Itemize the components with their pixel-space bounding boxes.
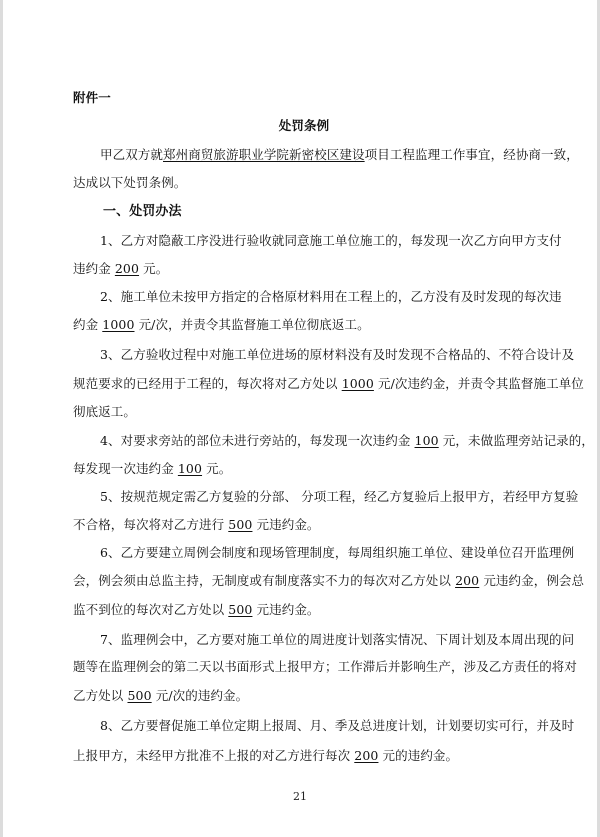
- page-number: 21: [0, 790, 600, 803]
- intro-line-1: 甲乙双方就郑州商贸旅游职业学院新密校区建设项目工程监理工作事宜，经协商一致，: [100, 147, 579, 163]
- clause-8-line-1: 8、乙方要督促施工单位定期上报周、月、季及总进度计划，计划要切实可行，并及时: [100, 718, 574, 734]
- attachment-label: 附件一: [73, 90, 111, 106]
- penalty-amount: 1000: [342, 376, 374, 391]
- penalty-amount: 100: [415, 433, 439, 448]
- penalty-amount: 500: [228, 602, 252, 617]
- section-heading: 一、处罚办法: [103, 204, 182, 220]
- penalty-amount: 500: [127, 688, 151, 703]
- penalty-amount: 200: [354, 748, 378, 763]
- page-edge-left: [0, 0, 3, 837]
- clause-1-line-1: 1、乙方对隐蔽工序没进行验收就同意施工单位施工的，每发现一次乙方向甲方支付: [100, 233, 562, 249]
- penalty-amount: 100: [178, 461, 202, 476]
- penalty-amount: 200: [455, 573, 479, 588]
- clause-5-line-1: 5、按规范规定需乙方复验的分部、 分项工程，经乙方复验后上报甲方，若经甲方复验: [100, 489, 578, 505]
- clause-3-line-2: 规范要求的已经用于工程的，每次将对乙方处以 1000 元/次违约金，并责令其监督…: [73, 376, 584, 392]
- penalty-amount: 1000: [102, 317, 134, 332]
- clause-6-line-1: 6、乙方要建立周例会制度和现场管理制度，每周组织施工单位、建设单位召开监理例: [100, 545, 574, 561]
- clause-4-line-2: 每发现一次违约金 100 元。: [73, 461, 231, 477]
- clause-2-line-2: 约金 1000 元/次，并责令其监督施工单位彻底返工。: [73, 317, 370, 333]
- clause-7-line-2: 题等在监理例会的第二天以书面形式上报甲方；工作滞后并影响生产，涉及乙方责任的将对: [73, 659, 577, 675]
- penalty-amount: 200: [115, 261, 139, 276]
- project-name: 郑州商贸旅游职业学院新密校区建设: [163, 147, 365, 162]
- clause-5-line-2: 不合格，每次将对乙方进行 500 元违约金。: [73, 517, 320, 533]
- document-title: 处罚条例: [73, 118, 535, 134]
- clause-2-line-1: 2、施工单位未按甲方指定的合格原材料用在工程上的，乙方没有及时发现的每次违: [100, 289, 562, 305]
- clause-6-line-2: 会，例会须由总监主持，无制度或有制度落实不力的每次对乙方处以 200 元违约金，…: [73, 573, 584, 589]
- penalty-amount: 500: [228, 517, 252, 532]
- intro-line-2: 达成以下处罚条例。: [73, 175, 186, 191]
- clause-3-line-3: 彻底返工。: [73, 404, 136, 420]
- clause-3-line-1: 3、乙方验收过程中对施工单位进场的原材料没有及时发现不合格品的、不符合设计及: [100, 347, 574, 363]
- clause-7-line-3: 乙方处以 500 元/次的违约金。: [73, 688, 248, 704]
- clause-6-line-3: 监不到位的每次对乙方处以 500 元违约金。: [73, 602, 320, 618]
- clause-1-line-2: 违约金 200 元。: [73, 261, 168, 277]
- clause-4-line-1: 4、对要求旁站的部位未进行旁站的，每发现一次违约金 100 元，未做监理旁站记录…: [100, 433, 594, 449]
- clause-8-line-2: 上报甲方，未经甲方批准不上报的对乙方进行每次 200 元的违约金。: [73, 748, 458, 764]
- clause-7-line-1: 7、监理例会中，乙方要对施工单位的周进度计划落实情况、下周计划及本周出现的问: [100, 632, 574, 648]
